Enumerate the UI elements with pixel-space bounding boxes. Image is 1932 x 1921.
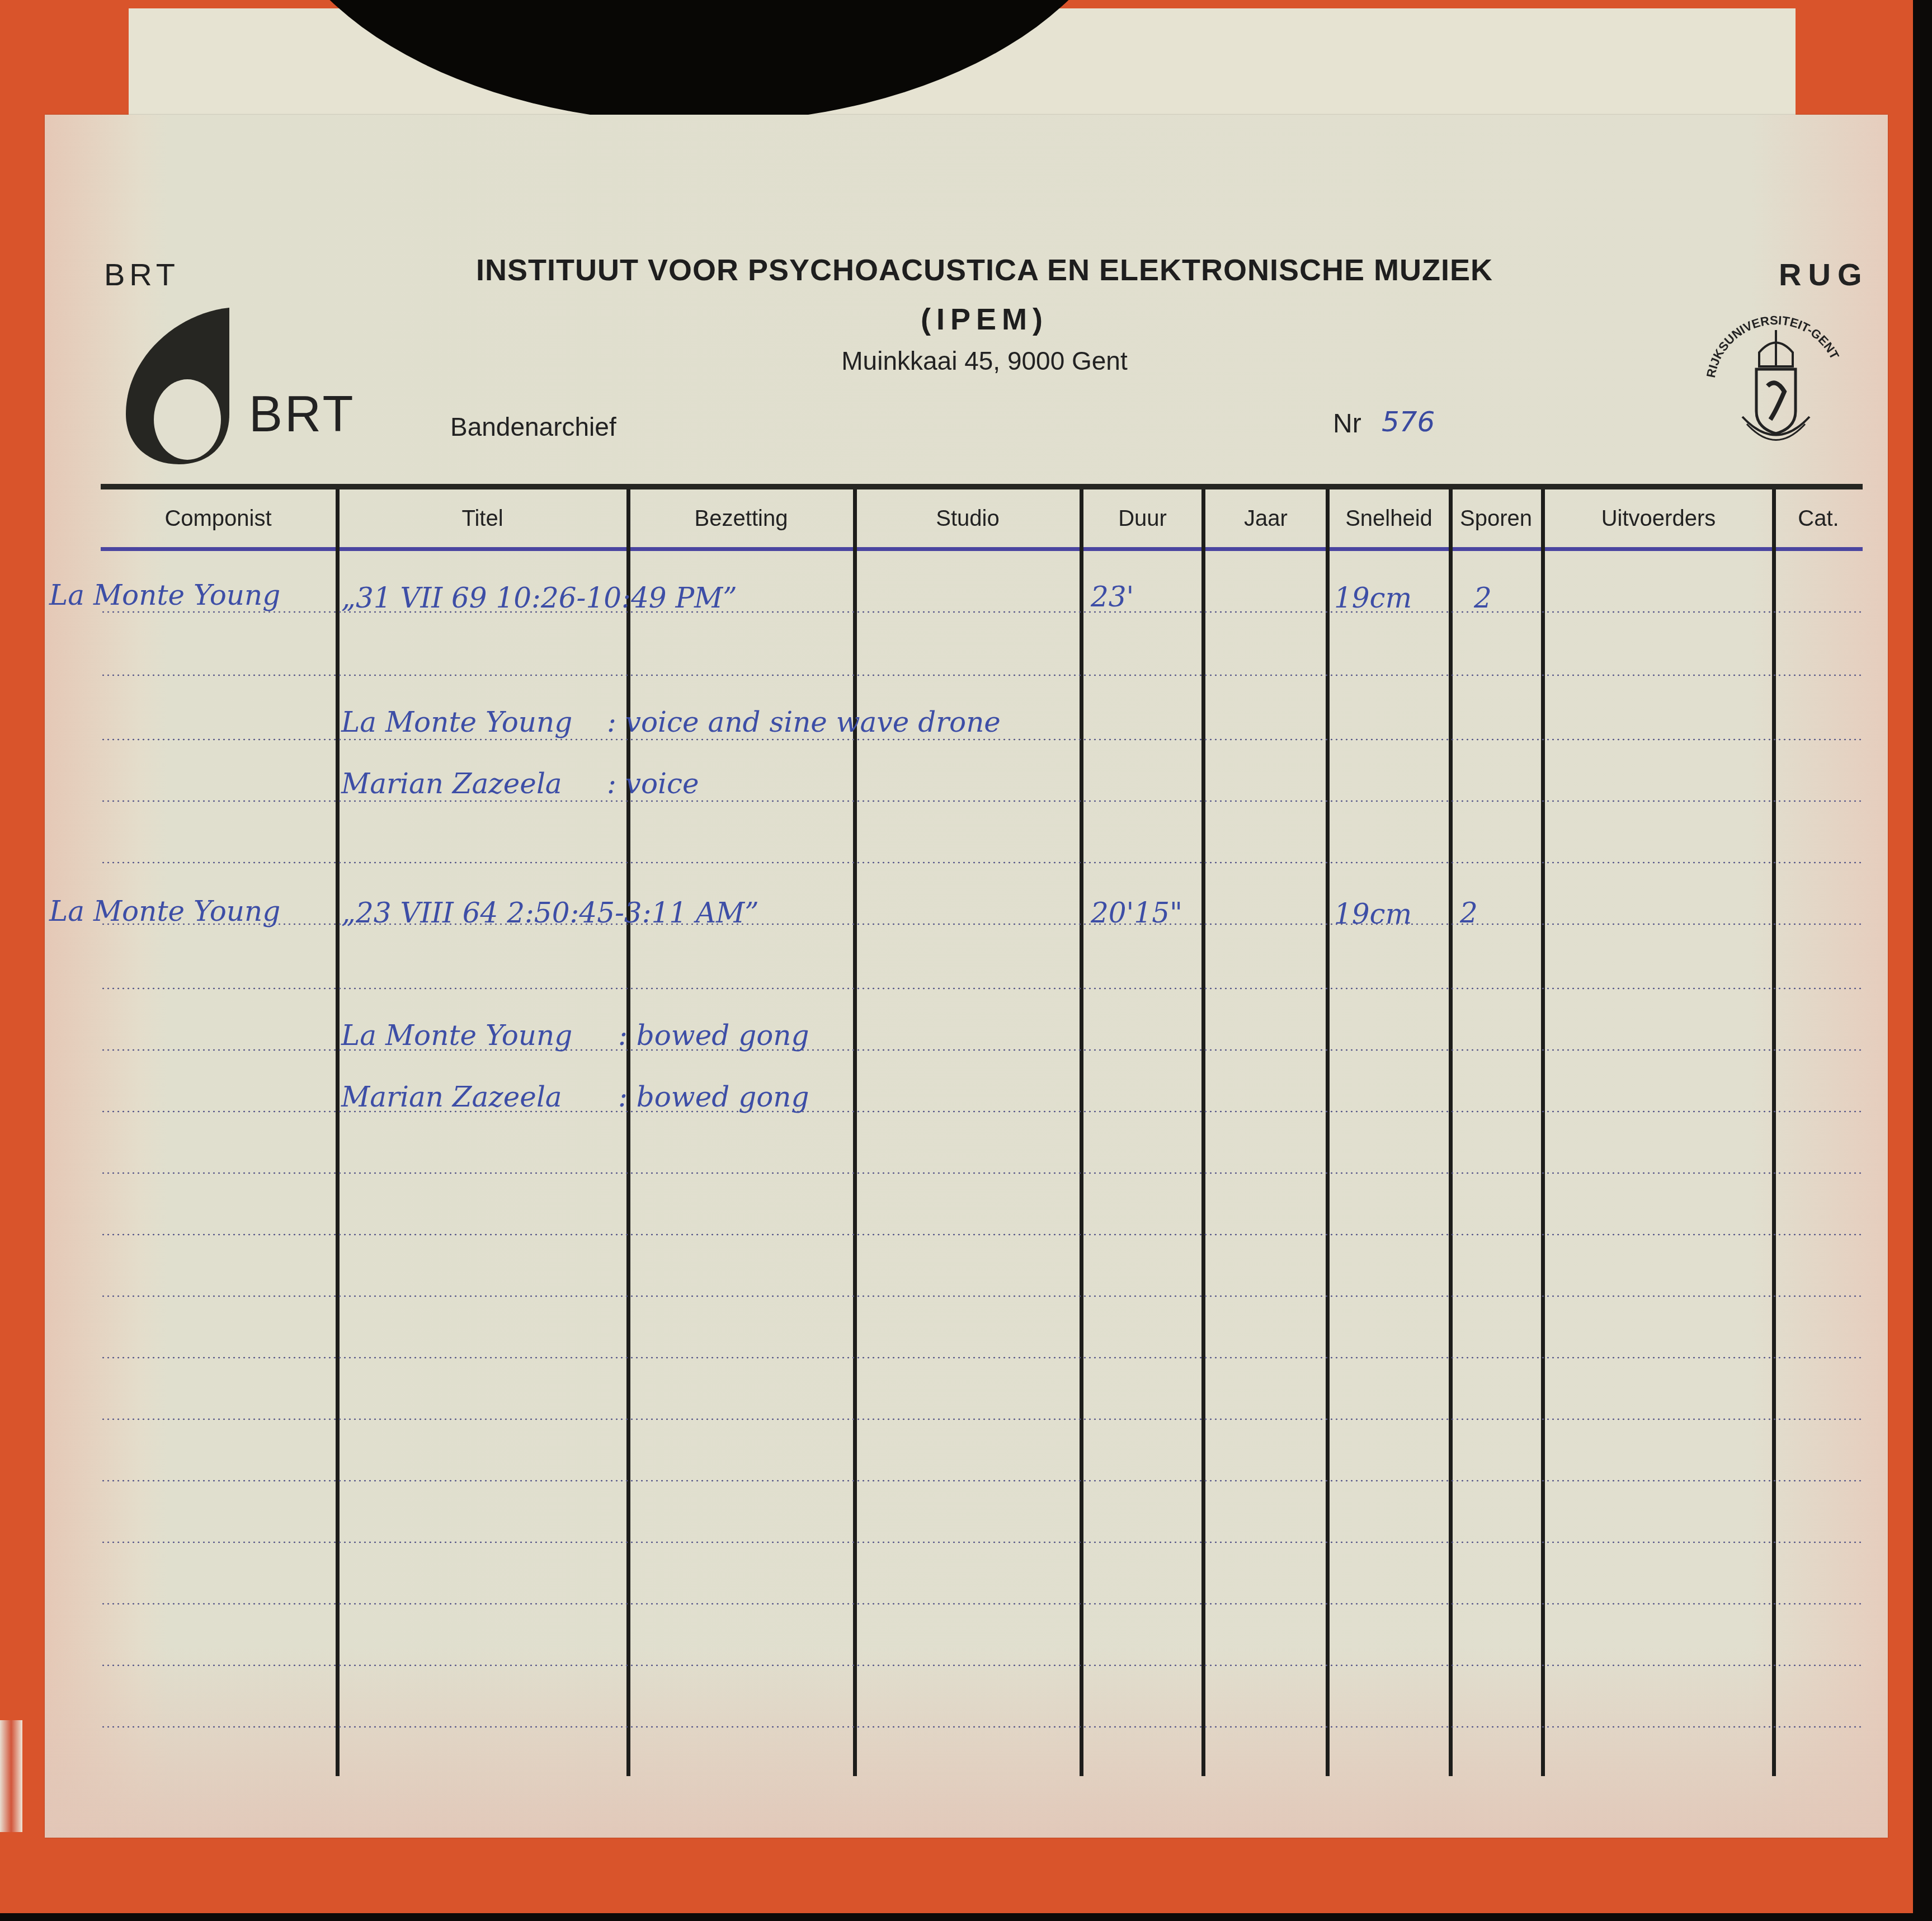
performer-name: Marian Zazeela (341, 768, 562, 800)
column-header-jaar: Jaar (1207, 506, 1325, 531)
archive-label: Bandenarchief (450, 412, 616, 442)
brt-mark: BRT (104, 256, 180, 293)
column-header-titel: Titel (341, 506, 624, 531)
ruled-line (101, 1233, 1863, 1236)
ruled-line (101, 1418, 1863, 1420)
column-divider (853, 489, 857, 1776)
column-divider (626, 489, 630, 1776)
column-header-sporen: Sporen (1453, 506, 1539, 531)
performer-name: La Monte Young (341, 706, 572, 738)
ruled-line (101, 674, 1863, 676)
column-divider (1080, 489, 1083, 1776)
institute-title: INSTITUUT VOOR PSYCHOACUSTICA EN ELEKTRO… (425, 253, 1544, 288)
ruled-line (101, 1480, 1863, 1482)
brt-logo-text: BRT (249, 386, 355, 444)
rug-mark: RUG (1779, 256, 1868, 293)
performer-role: : bowed gong (618, 1019, 809, 1052)
entry-title: „31 VII 69 10:26-10:49 PM” (341, 582, 737, 614)
entry-duration: 20'15" (1091, 897, 1182, 929)
column-header-uitvoerders: Uitvoerders (1547, 506, 1770, 531)
performer-role: : voice and sine wave drone (607, 706, 1001, 738)
entry-speed: 19cm (1334, 898, 1412, 930)
ruled-line (101, 987, 1863, 990)
column-header-snelheid: Snelheid (1330, 506, 1448, 531)
ruled-line (101, 1664, 1863, 1666)
entry-title: „23 VIII 64 2:50:45-3:11 AM” (341, 897, 759, 929)
column-header-cat: Cat. (1777, 506, 1860, 531)
entry-tracks: 2 (1474, 582, 1492, 614)
number-value: 576 (1382, 406, 1435, 438)
ruled-line (101, 1726, 1863, 1728)
entry-duration: 23' (1091, 581, 1134, 613)
header-underline (101, 547, 1863, 551)
ruled-line (101, 1172, 1863, 1174)
column-header-bezetting: Bezetting (632, 506, 850, 531)
column-header-studio: Studio (859, 506, 1077, 531)
column-divider (1449, 489, 1453, 1776)
header-rule (101, 484, 1863, 489)
institute-acronym: (IPEM) (873, 302, 1096, 337)
ruled-line (101, 1541, 1863, 1543)
column-divider (336, 489, 340, 1776)
entry-composer: La Monte Young (49, 579, 280, 611)
performer-role: : bowed gong (618, 1081, 809, 1113)
column-divider (1541, 489, 1545, 1776)
number-label: Nr (1333, 408, 1361, 439)
entry-speed: 19cm (1334, 582, 1412, 614)
ruled-line (101, 1357, 1863, 1359)
performer-name: La Monte Young (341, 1019, 572, 1052)
column-divider (1772, 489, 1776, 1776)
ruled-line (101, 1295, 1863, 1297)
column-divider (1326, 489, 1330, 1776)
ruled-line (101, 738, 1863, 741)
entry-composer: La Monte Young (49, 895, 280, 927)
institute-address: Muinkkaai 45, 9000 Gent (727, 346, 1242, 376)
brt-logo-icon (126, 308, 238, 464)
performer-name: Marian Zazeela (341, 1081, 562, 1113)
ruled-line (101, 800, 1863, 802)
university-seal-icon: RIJKSUNIVERSITEIT-GENT (1692, 313, 1860, 459)
entry-tracks: 2 (1460, 897, 1478, 929)
column-header-duur: Duur (1085, 506, 1200, 531)
performer-role: : voice (607, 768, 699, 800)
ruled-line (101, 861, 1863, 864)
column-header-componist: Componist (106, 506, 330, 531)
column-divider (1201, 489, 1205, 1776)
adhesive-tape (0, 1720, 22, 1832)
ruled-line (101, 1603, 1863, 1605)
